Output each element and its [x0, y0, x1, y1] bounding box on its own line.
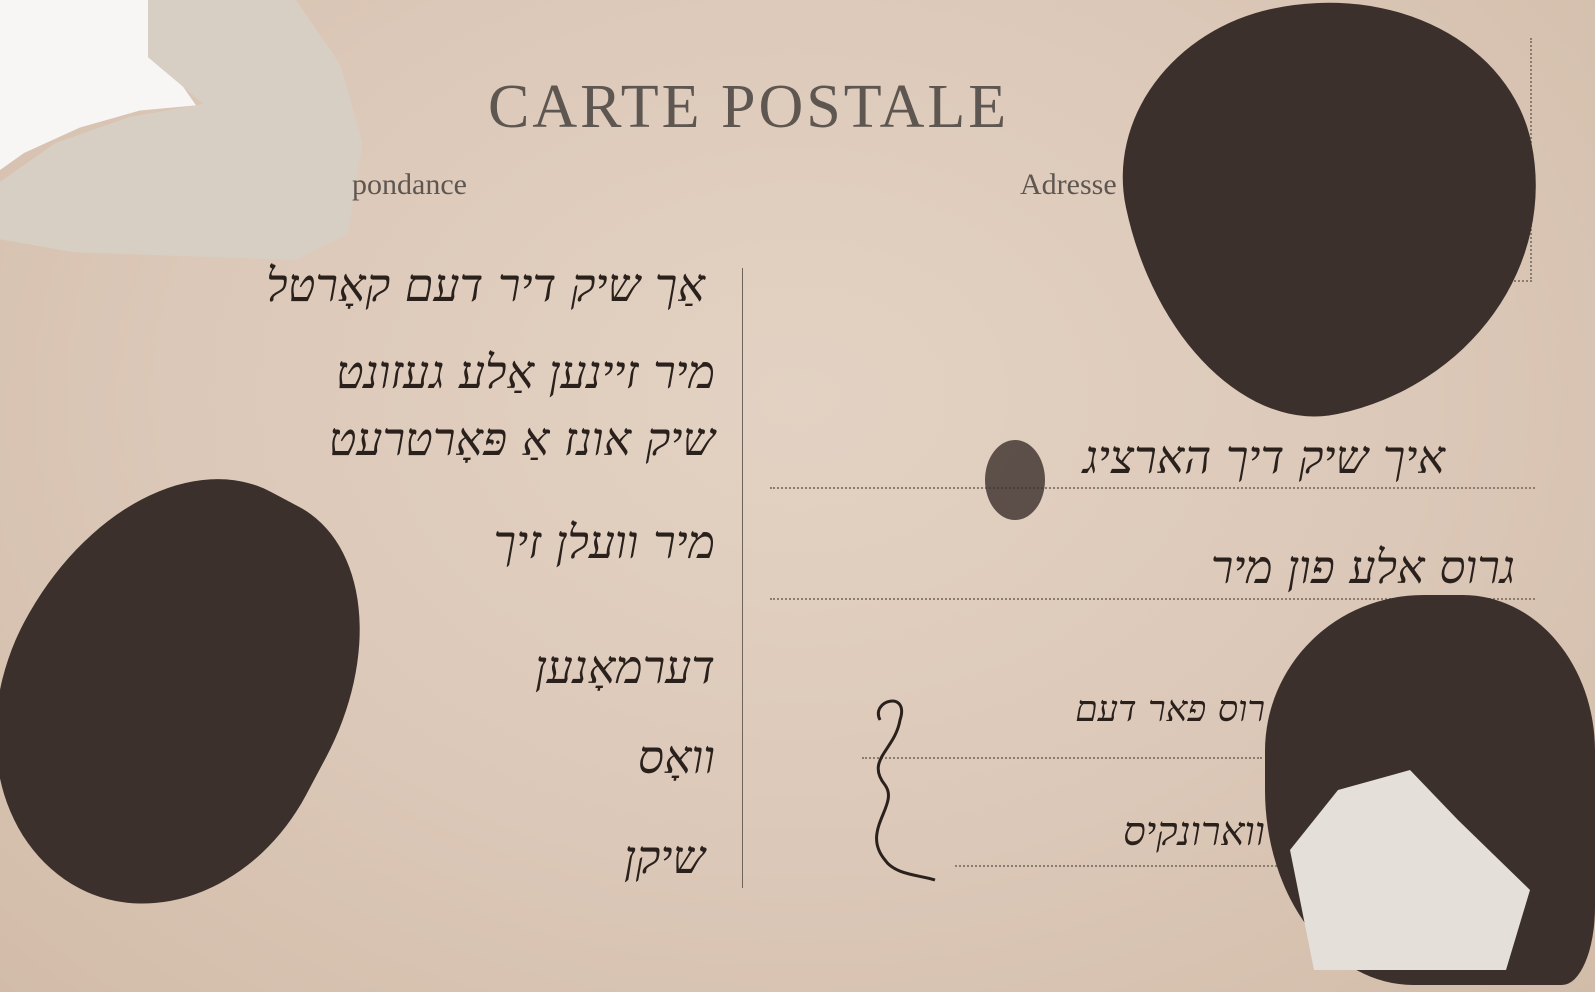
handwriting-left-line-5: דערמאָנען [535, 640, 715, 694]
ink-smudge [985, 440, 1045, 520]
handwriting-left-line-3: שיק אונז אַ פּאָרטרעט [329, 412, 715, 466]
handwriting-left-line-1: אַך שיק דיר דעם קאָרטל [266, 258, 705, 312]
postcard-back: CARTE POSTALE pondance Adresse אַך שיק ד… [0, 0, 1595, 992]
handwriting-left-line-2: מיר זיינען אַלע געזונט [336, 345, 715, 399]
handwriting-left-line-4: מיר וועלן זיך [494, 515, 715, 569]
handwritten-signature-flourish [860, 690, 950, 890]
handwriting-right-line-3: רוס פאר דעם [1075, 688, 1265, 730]
handwriting-right-line-4: ווארונקיס [1123, 808, 1265, 855]
printed-title: CARTE POSTALE [488, 72, 1009, 143]
correspondance-label: pondance [352, 168, 467, 202]
center-divider-line [742, 268, 743, 888]
handwriting-right-line-1: איך שיק דיך הארציג [1083, 430, 1445, 484]
handwriting-left-line-6: וואָס [638, 730, 715, 784]
adresse-label: Adresse [1020, 168, 1117, 202]
damage-stain-bottom-left [0, 418, 424, 961]
handwriting-left-line-7: שיקן [624, 830, 705, 884]
address-line-1 [770, 487, 1535, 489]
address-line-4 [955, 865, 1285, 867]
handwriting-right-line-2: גרוס אלע פון מיר [1211, 540, 1515, 594]
